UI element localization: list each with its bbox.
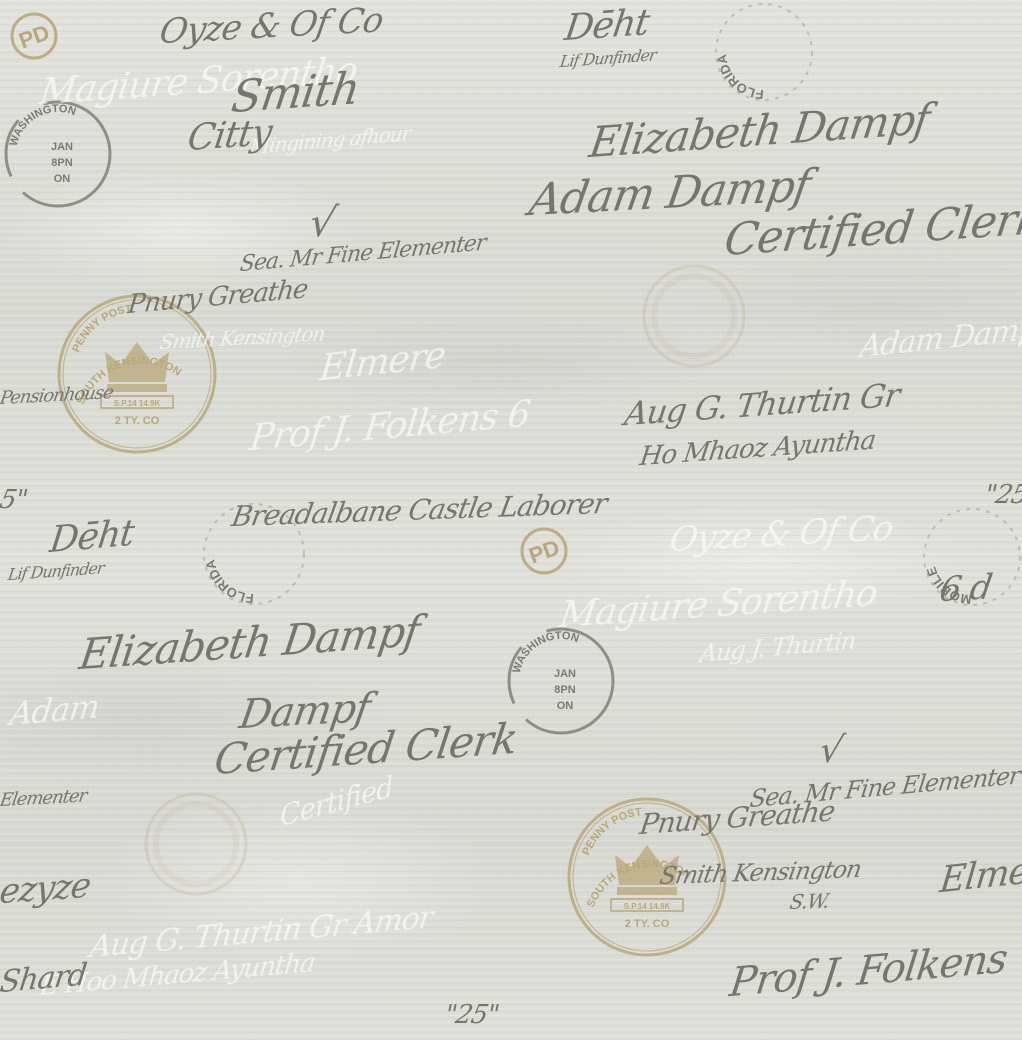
svg-text:PD: PD — [526, 534, 563, 568]
svg-text:2 TY. CO: 2 TY. CO — [115, 415, 160, 427]
handwritten-text: Prof J. Folkens — [727, 935, 1009, 1006]
handwritten-text: Oyze & Of Co — [157, 0, 386, 52]
postmark-icon: WASHINGTONJAN8PNON — [2, 98, 114, 210]
wallpaper-canvas: PDPDPENNY POSTSOUTH KENSINGTONS.P.14 14.… — [0, 0, 1022, 1040]
handwritten-text: Adam Dampf — [858, 310, 1022, 365]
handwritten-text: Mingining afhour — [249, 121, 412, 159]
handwritten-text: Oyze & Of Co — [667, 508, 896, 560]
handwritten-text: Citty — [185, 112, 274, 159]
handwritten-text: Ho Mhaoz Ayuntha — [638, 425, 877, 472]
svg-text:PENNY POST: PENNY POST — [70, 303, 132, 354]
handwritten-text: Smith Kensington — [658, 855, 864, 890]
handwritten-text: Aug G. Thurtin Gr — [622, 376, 901, 434]
svg-text:2 TY. CO: 2 TY. CO — [625, 918, 670, 930]
handwritten-text: Dēht — [562, 2, 651, 49]
handwritten-text: Elizabeth Dampf — [77, 606, 423, 679]
postmark-icon: WASHINGTONJAN8PNON — [505, 625, 617, 737]
handwritten-text: Elmere — [318, 335, 447, 390]
handwritten-text: Elmere — [938, 847, 1022, 902]
svg-text:FLORIDA: FLORIDA — [714, 53, 765, 102]
handwritten-text: 6 d — [937, 567, 995, 610]
handwritten-text: "25" — [982, 480, 1022, 510]
svg-text:S.P.14 14.9K: S.P.14 14.9K — [114, 399, 161, 408]
handwritten-text: Elementer — [0, 785, 88, 811]
handwritten-text: Magiure Sorentho — [557, 573, 879, 637]
svg-text:8PN: 8PN — [554, 684, 575, 696]
penny-post-crown-stamp-icon — [142, 790, 250, 898]
handwritten-text: √ — [816, 730, 847, 771]
svg-text:ON: ON — [54, 173, 71, 185]
handwritten-text: Adam — [8, 687, 101, 733]
handwritten-text: √ — [305, 200, 339, 246]
handwritten-text: 5" — [0, 485, 30, 515]
handwritten-text: ezyze — [0, 865, 93, 912]
postmark-icon: FLORIDA — [712, 0, 816, 104]
svg-text:JAN: JAN — [51, 141, 73, 153]
handwritten-text: S.W. — [788, 889, 831, 915]
svg-text:FLORIDA: FLORIDA — [202, 558, 254, 607]
handwritten-text: Lif Dunfinder — [559, 45, 657, 71]
svg-text:PD: PD — [16, 19, 53, 53]
handwritten-text: Prof J. Folkens 6 — [247, 393, 532, 459]
svg-text:8PN: 8PN — [51, 157, 72, 169]
svg-text:S.P.14 14.9K: S.P.14 14.9K — [624, 902, 671, 911]
pd-stamp-icon: PD — [8, 10, 60, 62]
handwritten-text: Sea. Mr Fine Elementer — [238, 230, 486, 277]
handwritten-text: "25" — [442, 1000, 501, 1030]
handwritten-text: Certified — [279, 770, 393, 834]
handwritten-text: Lif Dunfinder — [7, 558, 105, 584]
penny-post-crown-stamp-icon — [640, 262, 748, 370]
svg-text:PENNY POST: PENNY POST — [580, 806, 642, 857]
handwritten-text: Elizabeth Dampf — [587, 94, 933, 167]
handwritten-text: Aug J. Thurtin — [698, 626, 857, 668]
svg-text:ON: ON — [557, 700, 574, 712]
pd-stamp-icon: PD — [518, 525, 570, 577]
handwritten-text: Dēht — [47, 512, 136, 561]
svg-text:JAN: JAN — [554, 668, 576, 680]
